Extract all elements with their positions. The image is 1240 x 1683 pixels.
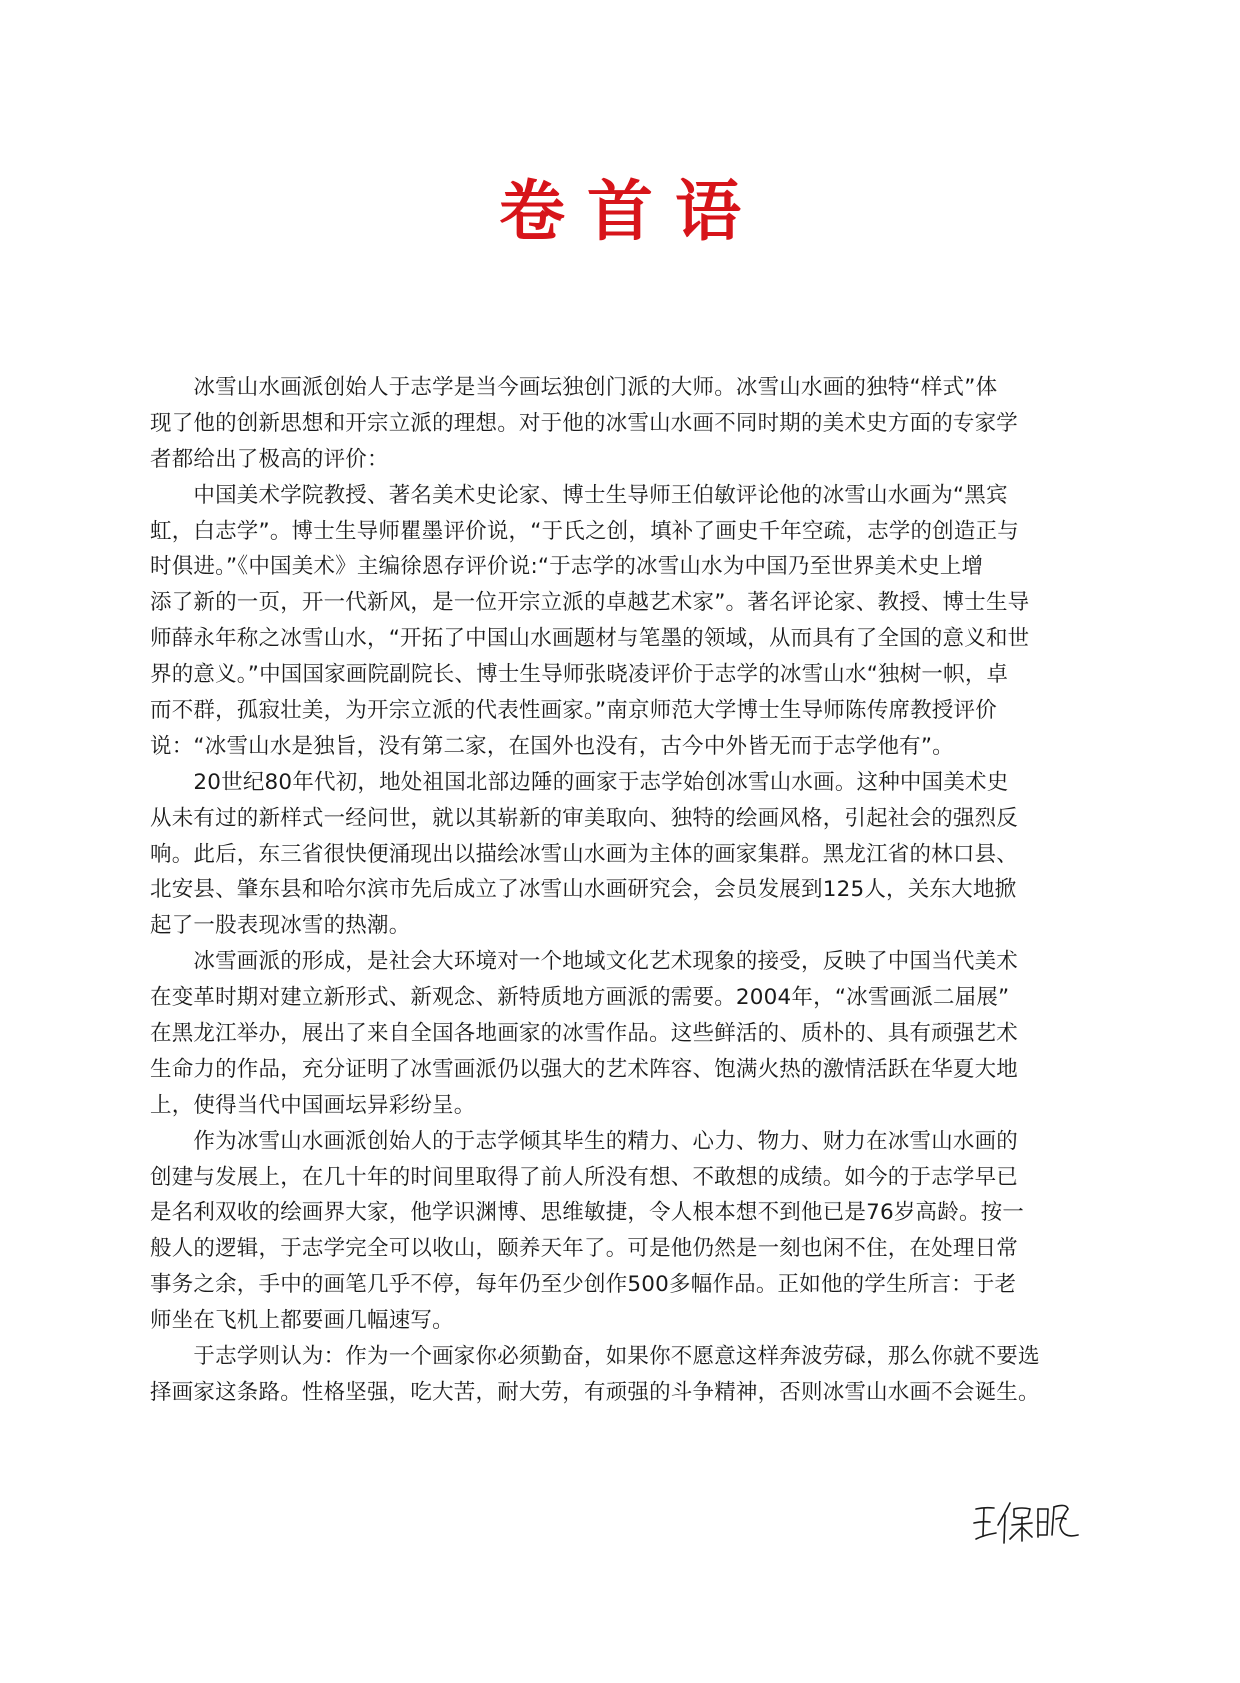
text-line: 是名利双收的绘画界大家，他学识渊博、思维敏捷，令人根本想不到他已是76岁高龄。按… <box>150 1195 1094 1231</box>
text-line: 在变革时期对建立新形式、新观念、新特质地方画派的需要。2004年，“冰雪画派二届… <box>150 980 1094 1016</box>
text-line: 上，使得当代中国画坛异彩纷呈。 <box>150 1088 1094 1124</box>
text-line: 响。此后，东三省很快便涌现出以描绘冰雪山水画为主体的画家集群。黑龙江省的林口县、 <box>150 837 1094 873</box>
text-line: 北安县、肇东县和哈尔滨市先后成立了冰雪山水画研究会，会员发展到125人，关东大地… <box>150 872 1094 908</box>
text-line: 师坐在飞机上都要画几幅速写。 <box>150 1303 1094 1339</box>
text-line: 冰雪画派的形成，是社会大环境对一个地域文化艺术现象的接受，反映了中国当代美术 <box>150 944 1094 980</box>
body-text: 冰雪山水画派创始人于志学是当今画坛独创门派的大师。冰雪山水画的独特“样式”体 现… <box>150 370 1094 1411</box>
signature-icon <box>970 1495 1090 1555</box>
text-line: 于志学则认为：作为一个画家你必须勤奋，如果你不愿意这样奔波劳碌，那么你就不要选 <box>150 1339 1094 1375</box>
text-line: 师薛永年称之冰雪山水，“开拓了中国山水画题材与笔墨的领域，从而具有了全国的意义和… <box>150 621 1094 657</box>
text-line: 在黑龙江举办，展出了来自全国各地画家的冰雪作品。这些鲜活的、质朴的、具有顽强艺术 <box>150 1016 1094 1052</box>
text-line: 者都给出了极高的评价： <box>150 442 1094 478</box>
text-line: 择画家这条路。性格坚强，吃大苦，耐大劳，有顽强的斗争精神，否则冰雪山水画不会诞生… <box>150 1375 1094 1411</box>
text-line: 起了一股表现冰雪的热潮。 <box>150 908 1094 944</box>
text-line: 般人的逻辑，于志学完全可以收山，颐养天年了。可是他仍然是一刻也闲不住，在处理日常 <box>150 1231 1094 1267</box>
text-line: 界的意义。”中国国家画院副院长、博士生导师张晓凌评价于志学的冰雪山水“独树一帜，… <box>150 657 1094 693</box>
page-title: 卷首语 <box>0 172 1240 252</box>
text-line: 生命力的作品，充分证明了冰雪画派仍以强大的艺术阵容、饱满火热的激情活跃在华夏大地 <box>150 1052 1094 1088</box>
text-line: 从未有过的新样式一经问世，就以其崭新的审美取向、独特的绘画风格，引起社会的强烈反 <box>150 801 1094 837</box>
text-line: 添了新的一页，开一代新风，是一位开宗立派的卓越艺术家”。著名评论家、教授、博士生… <box>150 585 1094 621</box>
text-line: 现了他的创新思想和开宗立派的理想。对于他的冰雪山水画不同时期的美术史方面的专家学 <box>150 406 1094 442</box>
text-line: 虹，白志学”。博士生导师瞿墨评价说，“于氏之创，填补了画史千年空疏，志学的创造正… <box>150 514 1094 550</box>
text-line: 时俱进。”《中国美术》主编徐恩存评价说:“于志学的冰雪山水为中国乃至世界美术史上… <box>150 549 1094 585</box>
text-line: 作为冰雪山水画派创始人的于志学倾其毕生的精力、心力、物力、财力在冰雪山水画的 <box>150 1124 1094 1160</box>
text-line: 而不群，孤寂壮美，为开宗立派的代表性画家。”南京师范大学博士生导师陈传席教授评价 <box>150 693 1094 729</box>
text-line: 20世纪80年代初，地处祖国北部边陲的画家于志学始创冰雪山水画。这种中国美术史 <box>150 765 1094 801</box>
text-line: 说：“冰雪山水是独旨，没有第二家，在国外也没有，古今中外皆无而于志学他有”。 <box>150 729 1094 765</box>
text-line: 中国美术学院教授、著名美术史论家、博士生导师王伯敏评论他的冰雪山水画为“黑宾 <box>150 478 1094 514</box>
text-line: 冰雪山水画派创始人于志学是当今画坛独创门派的大师。冰雪山水画的独特“样式”体 <box>150 370 1094 406</box>
text-line: 创建与发展上，在几十年的时间里取得了前人所没有想、不敢想的成绩。如今的于志学早已 <box>150 1160 1094 1196</box>
text-line: 事务之余，手中的画笔几乎不停，每年仍至少创作500多幅作品。正如他的学生所言：于… <box>150 1267 1094 1303</box>
